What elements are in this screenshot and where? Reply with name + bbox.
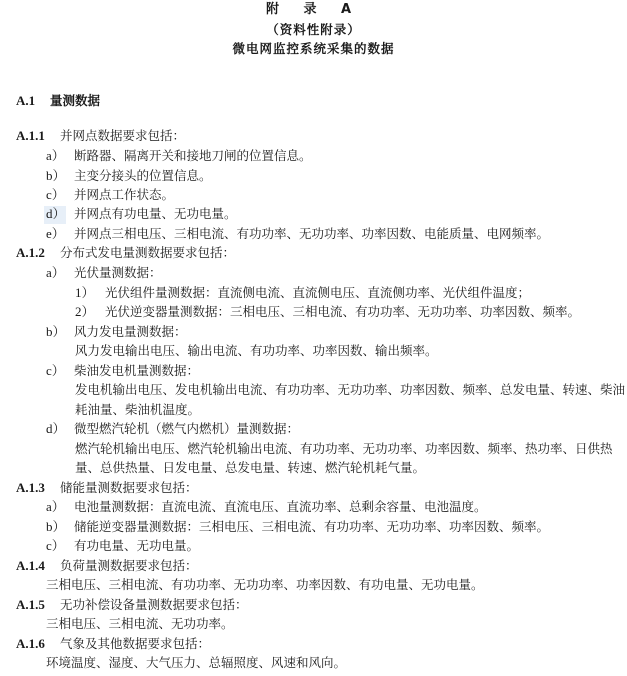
list-item: c）并网点工作状态。 bbox=[46, 187, 174, 203]
list-item: a）光伏量测数据： bbox=[46, 265, 162, 281]
clause-title: 储能量测数据要求包括： bbox=[60, 480, 198, 495]
item-text: 电池量测数据：直流电流、直流电压、直流功率、总剩余容量、电池温度。 bbox=[74, 499, 487, 514]
sub-item: 2）光伏逆变器量测数据：三相电压、三相电流、有功功率、无功功率、功率因数、频率。 bbox=[75, 304, 580, 320]
item-text: 柴油发电机量测数据： bbox=[74, 363, 199, 378]
item-marker: a） bbox=[46, 499, 74, 515]
item-marker: b） bbox=[46, 519, 74, 535]
list-item: b）储能逆变器量测数据：三相电压、三相电流、有功功率、无功功率、功率因数、频率。 bbox=[46, 519, 549, 535]
item-text: 主变分接头的位置信息。 bbox=[74, 168, 212, 183]
section-number: A.1 bbox=[16, 93, 50, 109]
sub-text: 光伏组件量测数据：直流侧电流、直流侧电压、直流侧功率、光伏组件温度； bbox=[105, 285, 530, 300]
item-marker: d） bbox=[46, 206, 74, 222]
item-text: 光伏量测数据： bbox=[74, 265, 162, 280]
section-title: 量测数据 bbox=[50, 93, 100, 108]
sub-text: 光伏逆变器量测数据：三相电压、三相电流、有功功率、无功功率、功率因数、频率。 bbox=[105, 304, 580, 319]
clause-a113-heading: A.1.3储能量测数据要求包括： bbox=[16, 480, 198, 496]
item-text: 并网点工作状态。 bbox=[74, 187, 174, 202]
clause-number: A.1.3 bbox=[16, 480, 60, 496]
clause-a111-heading: A.1.1并网点数据要求包括： bbox=[16, 128, 185, 144]
list-item: a）断路器、隔离开关和接地刀闸的位置信息。 bbox=[46, 148, 312, 164]
clause-number: A.1.5 bbox=[16, 597, 60, 613]
item-detail: 发电机输出电压、发电机输出电流、有功功率、无功功率、功率因数、频率、总发电量、转… bbox=[75, 382, 625, 398]
clause-a112-heading: A.1.2分布式发电量测数据要求包括： bbox=[16, 245, 235, 261]
appendix-title: 微电网监控系统采集的数据 bbox=[0, 41, 627, 57]
clause-title: 分布式发电量测数据要求包括： bbox=[60, 245, 235, 260]
list-item: b）主变分接头的位置信息。 bbox=[46, 168, 212, 184]
clause-a116-heading: A.1.6气象及其他数据要求包括： bbox=[16, 636, 210, 652]
sub-marker: 2） bbox=[75, 304, 105, 320]
item-marker: e） bbox=[46, 226, 74, 242]
item-detail: 量、总供热量、日发电量、总发电量、转速、燃汽轮机耗气量。 bbox=[75, 460, 425, 476]
clause-a115-heading: A.1.5无功补偿设备量测数据要求包括： bbox=[16, 597, 248, 613]
item-detail: 耗油量、柴油机温度。 bbox=[75, 402, 200, 418]
list-item: c）有功电量、无功电量。 bbox=[46, 538, 199, 554]
item-marker: a） bbox=[46, 148, 74, 164]
item-marker: b） bbox=[46, 324, 74, 340]
item-detail: 燃汽轮机输出电压、燃汽轮机输出电流、有功功率、无功功率、功率因数、频率、热功率、… bbox=[75, 441, 613, 457]
item-detail: 风力发电输出电压、输出电流、有功功率、功率因数、输出频率。 bbox=[75, 343, 438, 359]
clause-detail: 三相电压、三相电流、有功功率、无功功率、功率因数、有功电量、无功电量。 bbox=[46, 577, 484, 593]
item-marker: c） bbox=[46, 538, 74, 554]
item-text: 有功电量、无功电量。 bbox=[74, 538, 199, 553]
item-marker: c） bbox=[46, 363, 74, 379]
clause-number: A.1.1 bbox=[16, 128, 60, 144]
sub-item: 1）光伏组件量测数据：直流侧电流、直流侧电压、直流侧功率、光伏组件温度； bbox=[75, 285, 530, 301]
clause-title: 无功补偿设备量测数据要求包括： bbox=[60, 597, 248, 612]
item-text: 储能逆变器量测数据：三相电压、三相电流、有功功率、无功功率、功率因数、频率。 bbox=[74, 519, 549, 534]
list-item: d）并网点有功电量、无功电量。 bbox=[46, 206, 237, 222]
clause-title: 并网点数据要求包括： bbox=[60, 128, 185, 143]
sub-marker: 1） bbox=[75, 285, 105, 301]
item-marker: b） bbox=[46, 168, 74, 184]
item-marker: d） bbox=[46, 421, 74, 437]
item-text: 并网点有功电量、无功电量。 bbox=[74, 206, 237, 221]
item-text: 断路器、隔离开关和接地刀闸的位置信息。 bbox=[74, 148, 312, 163]
item-marker: c） bbox=[46, 187, 74, 203]
item-marker: a） bbox=[46, 265, 74, 281]
clause-number: A.1.2 bbox=[16, 245, 60, 261]
clause-a114-heading: A.1.4负荷量测数据要求包括： bbox=[16, 558, 198, 574]
clause-number: A.1.6 bbox=[16, 636, 60, 652]
clause-title: 气象及其他数据要求包括： bbox=[60, 636, 210, 651]
clause-number: A.1.4 bbox=[16, 558, 60, 574]
list-item: d）微型燃汽轮机（燃气内燃机）量测数据： bbox=[46, 421, 299, 437]
list-item: c）柴油发电机量测数据： bbox=[46, 363, 199, 379]
appendix-label: 附 录 A bbox=[0, 2, 627, 18]
item-text: 并网点三相电压、三相电流、有功功率、无功功率、功率因数、电能质量、电网频率。 bbox=[74, 226, 549, 241]
item-text: 微型燃汽轮机（燃气内燃机）量测数据： bbox=[74, 421, 299, 436]
appendix-type: （资料性附录） bbox=[0, 22, 627, 38]
item-text: 风力发电量测数据： bbox=[74, 324, 187, 339]
list-item: a）电池量测数据：直流电流、直流电压、直流功率、总剩余容量、电池温度。 bbox=[46, 499, 487, 515]
clause-detail: 环境温度、湿度、大气压力、总辐照度、风速和风向。 bbox=[46, 655, 346, 671]
list-item: e）并网点三相电压、三相电流、有功功率、无功功率、功率因数、电能质量、电网频率。 bbox=[46, 226, 549, 242]
section-a1-heading: A.1量测数据 bbox=[16, 93, 100, 109]
clause-title: 负荷量测数据要求包括： bbox=[60, 558, 198, 573]
clause-detail: 三相电压、三相电流、无功功率。 bbox=[46, 616, 234, 632]
list-item: b）风力发电量测数据： bbox=[46, 324, 187, 340]
